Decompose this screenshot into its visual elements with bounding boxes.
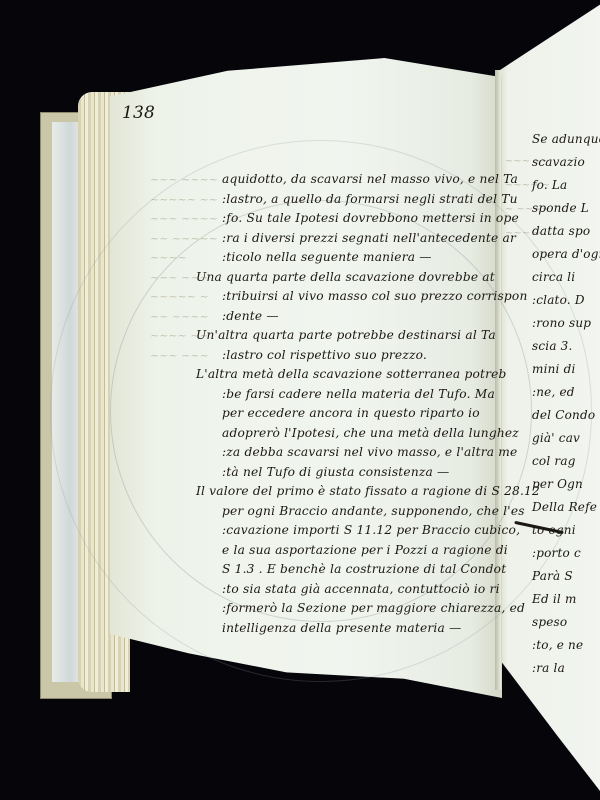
text-line: aquidotto, da scavarsi nel masso vivo, e… bbox=[222, 170, 494, 190]
paragraph-start-line: Un'altra quarta parte potrebbe destinars… bbox=[196, 326, 494, 346]
text-line: datta spo bbox=[532, 220, 600, 243]
text-line: :lastro col rispettivo suo prezzo. bbox=[222, 346, 494, 366]
text-line: per eccedere ancora in questo riparto io bbox=[222, 404, 494, 424]
text-line: speso bbox=[532, 611, 600, 634]
manuscript-photo: ~~~ ~~~~~~~~~ ~~~~~ ~~~~~~ ~~~~~~~~~~~~ … bbox=[0, 0, 600, 800]
right-page-text: Se adunque scavazio fo. La sponde L datt… bbox=[532, 128, 600, 680]
text-line: :ra i diversi prezzi segnati nell'antece… bbox=[222, 229, 494, 249]
text-line: :ra la bbox=[532, 657, 600, 680]
text-line: mini di bbox=[532, 358, 600, 381]
text-line: :rono sup bbox=[532, 312, 600, 335]
paragraph-start-line: L'altra metà della scavazione sotterrane… bbox=[196, 365, 494, 385]
text-line: :porto c bbox=[532, 542, 600, 565]
text-line: :dente — bbox=[222, 307, 494, 327]
text-line: già' cav bbox=[532, 427, 600, 450]
text-line: Parà S bbox=[532, 565, 600, 588]
text-line: Ed il m bbox=[532, 588, 600, 611]
text-line: e la sua asportazione per i Pozzi a ragi… bbox=[222, 541, 494, 561]
text-line: scavazio bbox=[532, 151, 600, 174]
text-line: :tribuirsi al vivo masso col suo prezzo … bbox=[222, 287, 494, 307]
left-page-text: aquidotto, da scavarsi nel masso vivo, e… bbox=[222, 170, 494, 638]
text-line: :formerò la Sezione per maggiore chiarez… bbox=[222, 599, 494, 619]
text-line: :to sia stata già accennata, contuttociò… bbox=[222, 580, 494, 600]
text-line: :be farsi cadere nella materia del Tufo.… bbox=[222, 385, 494, 405]
text-line: fo. La bbox=[532, 174, 600, 197]
text-line: circa li bbox=[532, 266, 600, 289]
text-line: opera d'ogn bbox=[532, 243, 600, 266]
text-line: :lastro, a quello da formarsi negli stra… bbox=[222, 190, 494, 210]
text-line: :ne, ed bbox=[532, 381, 600, 404]
text-line: :tà nel Tufo di giusta consistenza — bbox=[222, 463, 494, 483]
text-line: intelligenza della presente materia — bbox=[222, 619, 494, 639]
text-line: :cavazione importi S 11.12 per Braccio c… bbox=[222, 521, 494, 541]
text-line: Se adunque bbox=[532, 128, 600, 151]
text-line: col rag bbox=[532, 450, 600, 473]
paragraph-start-line: Una quarta parte della scavazione dovreb… bbox=[196, 268, 494, 288]
text-line: per Ogn bbox=[532, 473, 600, 496]
text-line: :za debba scavarsi nel vivo masso, e l'a… bbox=[222, 443, 494, 463]
text-line: sponde L bbox=[532, 197, 600, 220]
paragraph-start-line: Il valore del primo è stato fissato a ra… bbox=[196, 482, 494, 502]
text-line: scia 3. bbox=[532, 335, 600, 358]
text-line: S 1.3 . E benchè la costruzione di tal C… bbox=[222, 560, 494, 580]
text-line: to ogni bbox=[532, 519, 600, 542]
text-line: :to, e ne bbox=[532, 634, 600, 657]
text-line: :clato. D bbox=[532, 289, 600, 312]
text-line: :fo. Su tale Ipotesi dovrebbono mettersi… bbox=[222, 209, 494, 229]
text-line: del Condo bbox=[532, 404, 600, 427]
text-line: adoprerò l'Ipotesi, che una metà della l… bbox=[222, 424, 494, 444]
text-line: Della Refe bbox=[532, 496, 600, 519]
text-line: per ogni Braccio andante, supponendo, ch… bbox=[222, 502, 494, 522]
text-line: :ticolo nella seguente maniera — bbox=[222, 248, 494, 268]
folio-number: 138 bbox=[122, 103, 155, 123]
